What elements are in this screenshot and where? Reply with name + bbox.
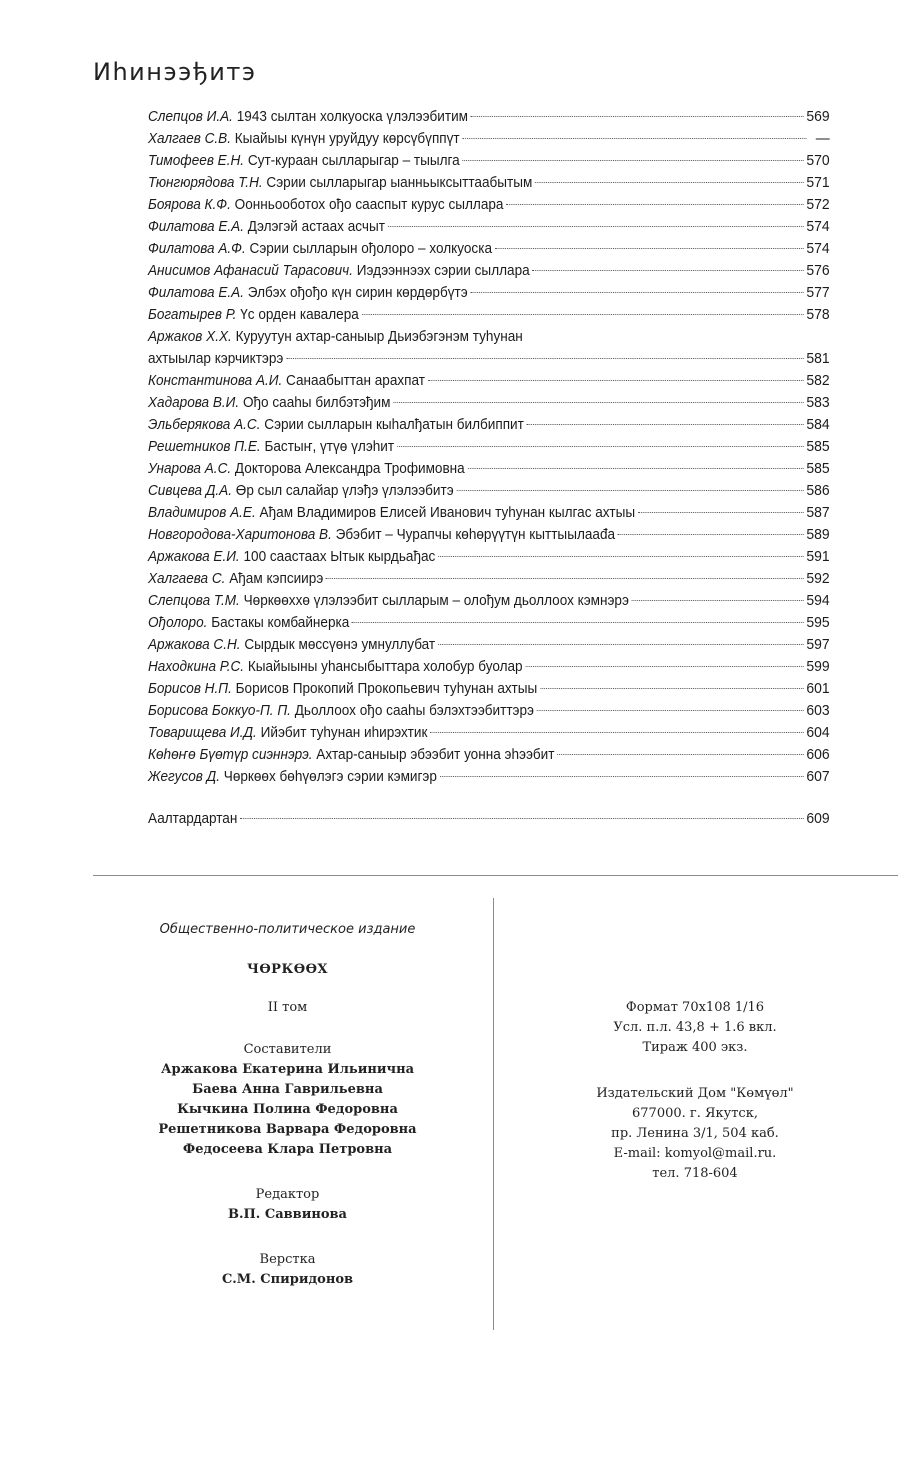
toc-entry: Владимиров А.Е. Ађам Владимиров Елисей И… (148, 502, 830, 524)
toc-entry-text: Слепцова Т.М. Чөркөөххө үлэлээбит сыллар… (148, 590, 629, 612)
toc-entry: Тимофеев Е.Н. Сут-кураан сылларыгар – ты… (148, 150, 830, 172)
toc-entry-text: Товарищева И.Д. Ийэбит туһунан иһирэхтик (148, 722, 427, 744)
toc-author: Товарищева И.Д. (148, 725, 257, 741)
toc-page-number: — (809, 128, 829, 150)
publisher-address-2: пр. Ленина 3/1, 504 каб. (560, 1124, 830, 1144)
toc-author: Анисимов Афанасий Тарасович. (148, 263, 353, 279)
dot-leader (471, 116, 804, 117)
dot-leader (540, 688, 804, 689)
toc-entry: Халгаева С. Ађам кэпсиирэ592 (148, 568, 830, 590)
toc-entry: Көһөҥө Бүөтүр сиэннэрэ. Ахтар-саныыр эбэ… (148, 744, 830, 766)
toc-entry-text: Тюнгюрядова Т.Н. Сэрии сылларыгар ыанньы… (148, 172, 532, 194)
dot-leader (618, 534, 804, 535)
toc-page-number: 592 (806, 568, 829, 590)
toc-title: Эбэбит – Чурапчы көһөрүүтүн кыттыылааđа (336, 527, 615, 543)
toc-title: Сэрии сылларын кыһалђатын билбиппит (264, 417, 524, 433)
dot-leader (506, 204, 803, 205)
toc-entry: Филатова Е.А. Дэлэгэй астаах асчыт574 (148, 216, 830, 238)
dot-leader (537, 710, 804, 711)
toc-page-number: 604 (806, 722, 829, 744)
dot-leader (362, 314, 804, 315)
toc-title: 100 саастаах Ытык кырдьађас (243, 549, 435, 565)
toc-page-number: 599 (806, 656, 829, 678)
toc-title: Чөркөөххө үлэлээбит сылларым – олођум дь… (244, 593, 629, 609)
toc-title: Сырдык мөссүөнэ умнуллубат (244, 637, 435, 653)
toc-entry: Константинова А.И. Санаабыттан арахпат58… (148, 370, 830, 392)
compiler-name: Баева Анна Гаврильевна (100, 1080, 475, 1100)
toc-entry-text: Находкина Р.С. Кыайыыны уһансыбыттара хо… (148, 656, 523, 678)
toc-title: Борисов Прокопий Прокопьевич туһунан ахт… (236, 681, 538, 697)
dot-leader (525, 666, 803, 667)
toc-page-number: 583 (806, 392, 829, 414)
toc-entry: Боярова К.Ф. Оонньооботох ођо саaспыт ку… (148, 194, 830, 216)
toc-page-number: 595 (806, 612, 829, 634)
toc-page-number: 577 (806, 282, 829, 304)
toc-entry: Анисимов Афанасий Тарасович. Иэдээннээх … (148, 260, 830, 282)
toc-author: Филатова А.Ф. (148, 241, 246, 257)
toc-author: Находкина Р.С. (148, 659, 244, 675)
toc-entry-text: Решетников П.Е. Бастыҥ, үтүө үлэһит (148, 436, 394, 458)
toc-author: Тюнгюрядова Т.Н. (148, 175, 263, 191)
toc-author: Эльберякова А.С. (148, 417, 261, 433)
toc-entry-text: Сивцева Д.А. Өр сыл салайар үлэђэ үлэлээ… (148, 480, 454, 502)
compiler-name: Аржакова Екатерина Ильинична (100, 1060, 475, 1080)
toc-entry: Аржакова С.Н. Сырдык мөссүөнэ умнуллубат… (148, 634, 830, 656)
dot-leader (462, 138, 806, 139)
toc-title: Бастакы комбайнерка (211, 615, 349, 631)
toc-entry-text: Владимиров А.Е. Ађам Владимиров Елисей И… (148, 502, 635, 524)
dot-leader (286, 358, 804, 359)
dot-leader (463, 160, 804, 161)
toc-title: Дьоллоох ођо сааһы бэлэхтээбиттэрэ (295, 703, 534, 719)
toc-entry: Эльберякова А.С. Сэрии сылларын кыһалђат… (148, 414, 830, 436)
toc-entry-text: Унарова А.С. Докторова Александра Трофим… (148, 458, 465, 480)
toc-page-number: 569 (806, 106, 829, 128)
toc-author: Аржакова С.Н. (148, 637, 241, 653)
toc-page-number: 572 (806, 194, 829, 216)
toc-page-number: 570 (806, 150, 829, 172)
toc-entry: Тюнгюрядова Т.Н. Сэрии сылларыгар ыанньы… (148, 172, 830, 194)
toc-author: Решетников П.Е. (148, 439, 261, 455)
toc-title: 1943 сылтан холкуоска үлэлээбитим (237, 109, 468, 125)
toc-title: Элбэх ођођо күн сирин көрдөрбүтэ (248, 285, 468, 301)
format-info: Формат 70х108 1/16 (560, 998, 830, 1018)
toc-author: Ођолоро. (148, 615, 207, 631)
print-run-info: Тираж 400 экз. (560, 1038, 830, 1058)
toc-author: Константинова А.И. (148, 373, 282, 389)
toc-entry: Товарищева И.Д. Ийэбит туһунан иһирэхтик… (148, 722, 830, 744)
toc-entry: Борисова Боккуо-П. П. Дьоллоох ођо сааһы… (148, 700, 830, 722)
layout-name: С.М. Спиридонов (100, 1270, 475, 1290)
publisher-address-1: 677000. г. Якутск, (560, 1104, 830, 1124)
compilers-label: Составители (100, 1040, 475, 1060)
toc-author: Аржаков Х.Х. (148, 329, 232, 345)
toc-author: Халгаев С.В. (148, 131, 231, 147)
dot-leader (470, 292, 803, 293)
toc-title: Ахтар-саныыр эбээбит уонна эһээбит (316, 747, 554, 763)
toc-title: Ийэбит туһунан иһирэхтик (261, 725, 428, 741)
toc-entry-text: Филатова А.Ф. Сэрии сылларын ођолоро – х… (148, 238, 492, 260)
toc-entry: Унарова А.С. Докторова Александра Трофим… (148, 458, 830, 480)
dot-leader (495, 248, 804, 249)
toc-entry-text: Слепцов И.А. 1943 сылтан холкуоска үлэлэ… (148, 106, 468, 128)
toc-author: Хадарова В.И. (148, 395, 239, 411)
dot-leader (632, 600, 804, 601)
toc-author: Слепцова Т.М. (148, 593, 240, 609)
toc-entry-text: Константинова А.И. Санаабыттан арахпат (148, 370, 425, 392)
dot-leader (468, 468, 804, 469)
toc-entry-text: Богатырев Р. Үс орден кавалера (148, 304, 359, 326)
toc-entry: Слепцов И.А. 1943 сылтан холкуоска үлэлэ… (148, 106, 830, 128)
toc-spacer (148, 788, 830, 808)
toc-entry-text: Аржакова С.Н. Сырдык мөссүөнэ умнуллубат (148, 634, 435, 656)
toc-entry: Борисов Н.П. Борисов Прокопий Прокопьеви… (148, 678, 830, 700)
dot-leader (438, 644, 804, 645)
toc-page-number: 597 (806, 634, 829, 656)
publisher-name: Издательский Дом "Көмүөл" (560, 1084, 830, 1104)
horizontal-divider (93, 875, 898, 876)
toc-author: Сивцева Д.А. (148, 483, 232, 499)
toc-author: Аржакова Е.И. (148, 549, 240, 565)
toc-entry-text: Филатова Е.А. Элбэх ођођо күн сирин көрд… (148, 282, 468, 304)
toc-entry-text: Халгаев С.В. Кыайыы күнүн уруйдуу көрсүб… (148, 128, 460, 150)
toc-author: Борисова Боккуо-П. П. (148, 703, 291, 719)
toc-page-number: 571 (806, 172, 829, 194)
vertical-divider (493, 898, 494, 1330)
toc-entry-text: Филатова Е.А. Дэлэгэй астаах асчыт (148, 216, 385, 238)
toc-title: Кыайыы күнүн уруйдуу көрсүбүппүт (235, 131, 460, 147)
toc-page-number: 585 (806, 436, 829, 458)
toc-entry: Халгаев С.В. Кыайыы күнүн уруйдуу көрсүб… (148, 128, 830, 150)
compilers-section: Составители Аржакова Екатерина Ильинична… (100, 1040, 475, 1160)
publisher-email: E-mail: komyol@mail.ru. (560, 1144, 830, 1164)
toc-entry-text: Новгородова-Харитонова В. Эбэбит – Чурап… (148, 524, 615, 546)
toc-page-number: 589 (806, 524, 829, 546)
toc-page-number: 587 (806, 502, 829, 524)
toc-title: Сэрии сылларыгар ыанньыксыттаабытым (266, 175, 532, 191)
layout-label: Верстка (100, 1250, 475, 1270)
toc-title: Докторова Александра Трофимовна (235, 461, 465, 477)
dot-leader (428, 380, 804, 381)
toc-title: Дэлэгэй астаах асчыт (248, 219, 385, 235)
toc-title: Үс орден кавалера (240, 307, 359, 323)
toc-page-number: 603 (806, 700, 829, 722)
toc-page-number: 609 (806, 808, 829, 830)
toc-title: Ађам кэпсиирэ (229, 571, 323, 587)
dot-leader (393, 402, 803, 403)
toc-entry-text: Көһөҥө Бүөтүр сиэннэрэ. Ахтар-саныыр эбэ… (148, 744, 554, 766)
toc-author: Унарова А.С. (148, 461, 231, 477)
toc-entry-text: Халгаева С. Ађам кэпсиирэ (148, 568, 323, 590)
toc-page-number: 584 (806, 414, 829, 436)
book-title: ЧӨРКӨӨХ (100, 962, 475, 977)
toc-author: Жегусов Д. (148, 769, 220, 785)
toc-page-number: 576 (806, 260, 829, 282)
toc-title: Чөркөөх бөһүөлэгэ сэрии кэмигэр (224, 769, 437, 785)
compiler-name: Решетникова Варвара Федоровна (100, 1120, 475, 1140)
toc-author: Борисов Н.П. (148, 681, 232, 697)
dot-leader (430, 732, 803, 733)
toc-title: Өр сыл салайар үлэђэ үлэлээбитэ (236, 483, 454, 499)
toc-author: Владимиров А.Е. (148, 505, 256, 521)
toc-author: Тимофеев Е.Н. (148, 153, 244, 169)
toc-page-number: 585 (806, 458, 829, 480)
toc-author: Халгаева С. (148, 571, 225, 587)
toc-author: Богатырев Р. (148, 307, 236, 323)
editor-name: В.П. Саввинова (100, 1205, 475, 1225)
toc-entry-text: Тимофеев Е.Н. Сут-кураан сылларыгар – ты… (148, 150, 460, 172)
toc-page-number: 607 (806, 766, 829, 788)
toc-entry-text: Ођолоро. Бастакы комбайнерка (148, 612, 349, 634)
sheets-info: Усл. п.л. 43,8 + 1.6 вкл. (560, 1018, 830, 1038)
toc-entry: Решетников П.Е. Бастыҥ, үтүө үлэһит585 (148, 436, 830, 458)
toc-page-number: 578 (806, 304, 829, 326)
toc-entry: Ођолоро. Бастакы комбайнерка595 (148, 612, 830, 634)
toc-author: Слепцов И.А. (148, 109, 233, 125)
toc-title: Ађам Владимиров Елисей Иванович туһунан … (260, 505, 636, 521)
toc-entry: Филатова Е.А. Элбэх ођођо күн сирин көрд… (148, 282, 830, 304)
dot-leader (240, 818, 803, 819)
layout-section: Верстка С.М. Спиридонов (100, 1250, 475, 1290)
toc-title: Кыайыыны уһансыбыттара холобур буолар (248, 659, 523, 675)
toc-entry-text: Борисова Боккуо-П. П. Дьоллоох ођо сааһы… (148, 700, 534, 722)
toc-author: Көһөҥө Бүөтүр сиэннэрэ. (148, 747, 313, 763)
toc-page-number: 574 (806, 238, 829, 260)
compiler-name: Кычкина Полина Федоровна (100, 1100, 475, 1120)
toc-entry-text: Хадарова В.И. Ођо сааһы билбэтэђим (148, 392, 390, 414)
dot-leader (456, 490, 803, 491)
toc-entry: Аржаков Х.Х. Куруутун ахтар-саныыр Дьиэб… (148, 326, 830, 370)
toc-entry: Новгородова-Харитонова В. Эбэбит – Чурап… (148, 524, 830, 546)
toc-appendix-entry: Аалтардартан609 (148, 808, 830, 830)
dot-leader (397, 446, 804, 447)
toc-entry-text: Эльберякова А.С. Сэрии сылларын кыһалђат… (148, 414, 524, 436)
toc-entry-text: Анисимов Афанасий Тарасович. Иэдээннээх … (148, 260, 530, 282)
page-title: Иhинээђитэ (93, 58, 257, 86)
toc-title: Куруутун ахтар-саныыр Дьиэбэгэнэм туһуна… (236, 329, 523, 345)
toc-page-number: 574 (806, 216, 829, 238)
toc-page-number: 606 (806, 744, 829, 766)
volume-label: II том (100, 1000, 475, 1015)
toc-entry-text: Борисов Н.П. Борисов Прокопий Прокопьеви… (148, 678, 537, 700)
toc-entry: Слепцова Т.М. Чөркөөххө үлэлээбит сыллар… (148, 590, 830, 612)
toc-title: Санаабыттан арахпат (286, 373, 425, 389)
toc-entry: Находкина Р.С. Кыайыыны уһансыбыттара хо… (148, 656, 830, 678)
dot-leader (440, 776, 804, 777)
toc-author: Филатова Е.А. (148, 219, 244, 235)
toc-title: Сут-кураан сылларыгар – тыылга (248, 153, 460, 169)
publication-kind: Общественно-политическое издание (100, 922, 475, 937)
table-of-contents: Слепцов И.А. 1943 сылтан холкуоска үлэлэ… (148, 106, 830, 830)
dot-leader (326, 578, 804, 579)
toc-entry: Филатова А.Ф. Сэрии сылларын ођолоро – х… (148, 238, 830, 260)
compiler-name: Федосеева Клара Петровна (100, 1140, 475, 1160)
colophon-credits: Общественно-политическое издание ЧӨРКӨӨХ… (100, 922, 475, 1290)
toc-title: Ођо сааһы билбэтэђим (243, 395, 391, 411)
dot-leader (535, 182, 803, 183)
toc-author: Новгородова-Харитонова В. (148, 527, 332, 543)
toc-page-number: 594 (806, 590, 829, 612)
toc-entry-second-line: ахтыылар кэрчиктэрэ581 (148, 348, 830, 370)
toc-title: Сэрии сылларын ођолоро – холкуоска (250, 241, 492, 257)
toc-page-number: 582 (806, 370, 829, 392)
toc-entry: Сивцева Д.А. Өр сыл салайар үлэђэ үлэлээ… (148, 480, 830, 502)
toc-entry-text: Жегусов Д. Чөркөөх бөһүөлэгэ сэрии кэмиг… (148, 766, 437, 788)
dot-leader (352, 622, 804, 623)
toc-entry: Богатырев Р. Үс орден кавалера578 (148, 304, 830, 326)
toc-entry-first-line: Аржаков Х.Х. Куруутун ахтар-саныыр Дьиэб… (148, 326, 782, 348)
dot-leader (527, 424, 804, 425)
toc-page-number: 591 (806, 546, 829, 568)
toc-entry-text: Аржакова Е.И. 100 саастаах Ытык кырдьађа… (148, 546, 435, 568)
dot-leader (438, 556, 803, 557)
editor-section: Редактор В.П. Саввинова (100, 1185, 475, 1225)
editor-label: Редактор (100, 1185, 475, 1205)
toc-title: Иэдээннээх сэрии сыллара (357, 263, 530, 279)
toc-entry-text: Боярова К.Ф. Оонньооботох ођо саaспыт ку… (148, 194, 503, 216)
toc-entry: Жегусов Д. Чөркөөх бөһүөлэгэ сэрии кэмиг… (148, 766, 830, 788)
toc-title: Оонньооботох ођо саaспыт курус сыллара (235, 197, 504, 213)
toc-entry: Аржакова Е.И. 100 саастаах Ытык кырдьађа… (148, 546, 830, 568)
dot-leader (532, 270, 803, 271)
publisher-phone: тел. 718-604 (560, 1164, 830, 1184)
toc-author: Боярова К.Ф. (148, 197, 231, 213)
toc-title-continued: ахтыылар кэрчиктэрэ (148, 348, 283, 370)
toc-author: Филатова Е.А. (148, 285, 244, 301)
toc-page-number: 586 (806, 480, 829, 502)
toc-page-number: 581 (806, 348, 829, 370)
toc-page-number: 601 (806, 678, 829, 700)
dot-leader (557, 754, 803, 755)
colophon-print-info: Формат 70х108 1/16 Усл. п.л. 43,8 + 1.6 … (560, 998, 830, 1184)
toc-title: Бастыҥ, үтүө үлэһит (264, 439, 394, 455)
toc-title: Аалтардартан (148, 808, 237, 830)
toc-entry: Хадарова В.И. Ођо сааһы билбэтэђим583 (148, 392, 830, 414)
dot-leader (638, 512, 804, 513)
dot-leader (388, 226, 804, 227)
